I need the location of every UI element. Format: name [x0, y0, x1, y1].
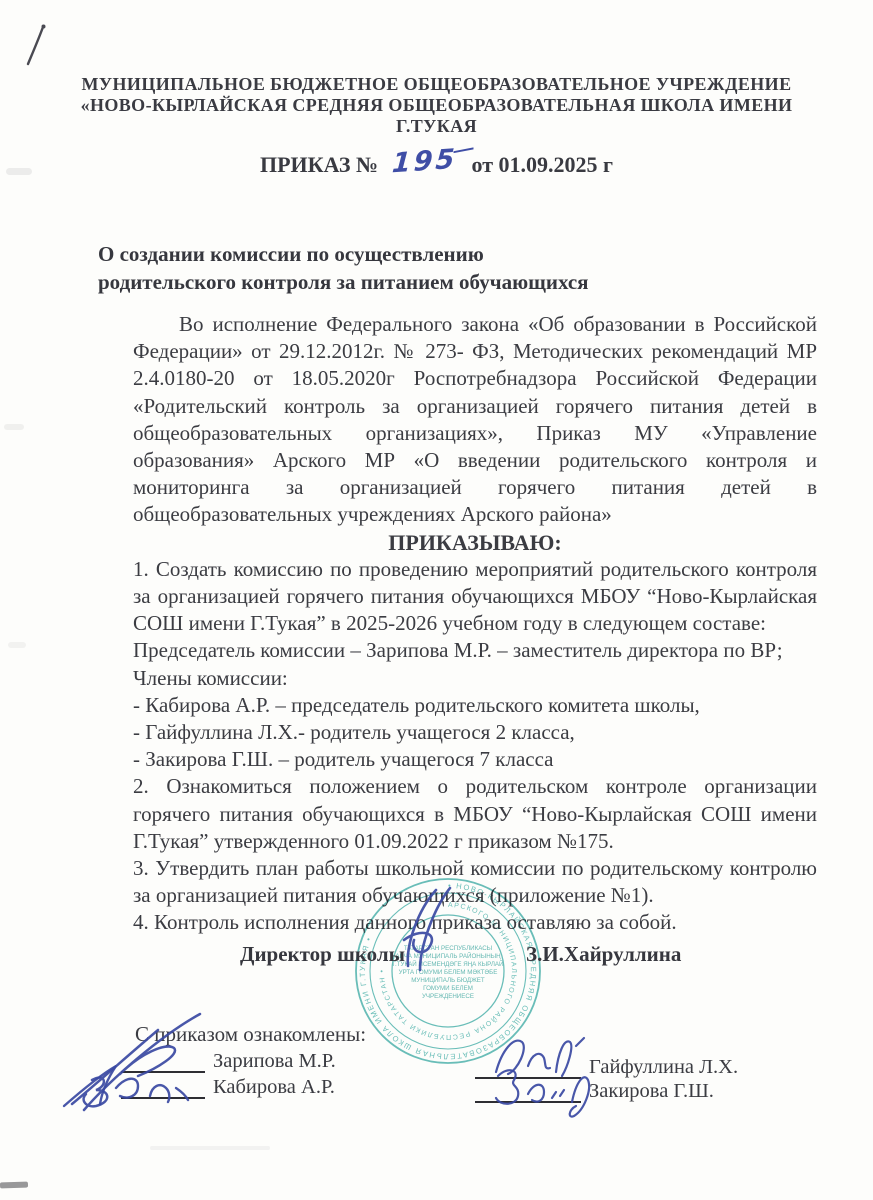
scanned-order-document: МУНИЦИПАЛЬНОЕ БЮДЖЕТНОЕ ОБЩЕОБРАЗОВАТЕЛЬ… — [0, 0, 873, 1200]
decree-heading: ПРИКАЗЫВАЮ: — [133, 529, 817, 556]
signatory-name: Зарипова М.Р. — [213, 1050, 336, 1073]
order-subject: О создании комиссии по осуществлению род… — [98, 240, 589, 296]
order-date: от 01.09.2025 г — [472, 152, 614, 178]
order-item: - Кабирова А.Р. – председатель родительс… — [133, 692, 817, 719]
zakirova-signature — [486, 1064, 598, 1120]
header-line-3: Г.ТУКАЯ — [0, 116, 873, 137]
director-name: З.И.Хайруллина — [526, 942, 681, 967]
order-item: 1. Создать комиссию по проведению меропр… — [133, 556, 817, 638]
signatory-name: Кабирова А.Р. — [213, 1076, 335, 1099]
stamp-center-line: УЧРЕЖДЕНИЕСЕ — [422, 993, 474, 1000]
pen-slash-mark — [24, 22, 50, 70]
signatory-name: Гайфуллина Л.Х. — [589, 1056, 738, 1079]
kabirova-signature — [58, 1062, 193, 1110]
scan-artifact — [0, 1182, 28, 1189]
header-line-2: «НОВО-КЫРЛАЙСКАЯ СРЕДНЯЯ ОБЩЕОБРАЗОВАТЕЛ… — [0, 95, 873, 116]
scan-artifact — [8, 642, 26, 648]
order-label: ПРИКАЗ № — [260, 152, 378, 178]
scan-artifact — [150, 1146, 270, 1150]
stamp-center-line: ГОМУМИ БЕЛЕМ — [423, 985, 473, 992]
stamp-center-line: МУНИЦИПАЛЬ БЮДЖЕТ — [411, 977, 485, 984]
order-item: Председатель комиссии – Зарипова М.Р. – … — [133, 637, 817, 664]
header-line-1: МУНИЦИПАЛЬНОЕ БЮДЖЕТНОЕ ОБЩЕОБРАЗОВАТЕЛЬ… — [0, 74, 873, 95]
director-signature — [386, 882, 470, 974]
document-header: МУНИЦИПАЛЬНОЕ БЮДЖЕТНОЕ ОБЩЕОБРАЗОВАТЕЛЬ… — [0, 74, 873, 137]
signatory-name: Закирова Г.Ш. — [589, 1080, 714, 1103]
order-item: - Закирова Г.Ш. – родитель учащегося 7 к… — [133, 746, 817, 773]
handwritten-order-number: 195 — [391, 144, 458, 180]
order-item: - Гайфуллина Л.Х.- родитель учащегося 2 … — [133, 719, 817, 746]
preamble-paragraph: Во исполнение Федерального закона «Об об… — [133, 311, 817, 529]
subject-line-2: родительского контроля за питанием обуча… — [98, 268, 589, 296]
order-item: 2. Ознакомиться положением о родительско… — [133, 773, 817, 855]
order-item: Члены комиссии: — [133, 665, 817, 692]
order-body: Во исполнение Федерального закона «Об об… — [133, 311, 817, 937]
order-title-line: ПРИКАЗ № 195 от 01.09.2025 г — [0, 148, 873, 179]
subject-line-1: О создании комиссии по осуществлению — [98, 240, 589, 268]
scan-artifact — [4, 424, 24, 430]
director-position-label: Директор школы — [240, 942, 405, 967]
